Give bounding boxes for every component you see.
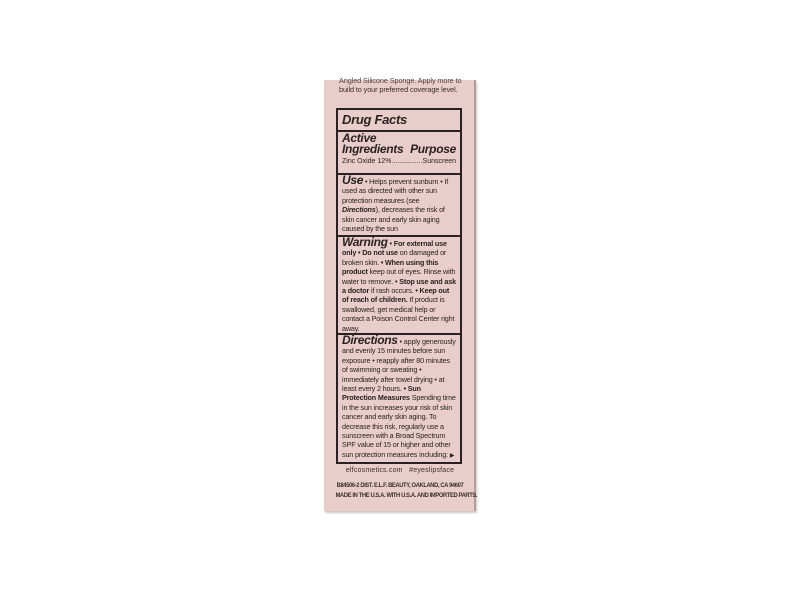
active-ingredients-section: Active Ingredients Purpose Zinc Oxide 12… xyxy=(338,132,460,175)
continue-arrow-icon: ▶ xyxy=(450,453,454,459)
drug-facts-title: Drug Facts xyxy=(338,110,460,132)
hashtag: #eyeslipsface xyxy=(409,467,454,474)
directions-reference: Directions xyxy=(342,205,376,214)
purpose-header: Purpose xyxy=(410,144,456,155)
leader-dots: ........................................… xyxy=(391,157,422,166)
ingredient-row: Zinc Oxide 12% .........................… xyxy=(342,157,456,166)
directions-section: Directions • apply generously and evenly… xyxy=(338,335,460,462)
website: elfcosmetics.com xyxy=(346,467,403,474)
warning-do-not-use: • Do not use xyxy=(358,248,398,257)
directions-header: Directions xyxy=(342,333,398,347)
ingredients-header: Ingredients xyxy=(342,144,403,155)
footer-web: elfcosmetics.com #eyeslipsface xyxy=(330,467,470,474)
intro-line-1: Angled Silicone Sponge. Apply more to xyxy=(339,76,464,85)
address-line-2: MADE IN THE U.S.A. WITH U.S.A. AND IMPOR… xyxy=(336,491,465,501)
footer-address: B84506-2 DIST. E.L.F. BEAUTY, OAKLAND, C… xyxy=(336,481,465,500)
warning-text-4: if rash occurs. xyxy=(369,286,415,295)
address-line-1: B84506-2 DIST. E.L.F. BEAUTY, OAKLAND, C… xyxy=(336,481,465,491)
use-header: Use xyxy=(342,173,363,187)
sun-protection-text: Spending time in the sun increases your … xyxy=(342,393,456,458)
ingredient-name: Zinc Oxide 12% xyxy=(342,157,391,166)
usage-instructions: Angled Silicone Sponge. Apply more to bu… xyxy=(339,80,464,94)
drug-facts-panel: Drug Facts Active Ingredients Purpose Zi… xyxy=(336,108,462,464)
intro-line-2: build to your preferred coverage level. xyxy=(339,85,464,94)
warning-header: Warning xyxy=(342,235,388,249)
ingredient-purpose: Sunscreen xyxy=(423,157,456,166)
use-section: Use • Helps prevent sunburn • If used as… xyxy=(338,175,460,237)
warning-section: Warning • For external use only • Do not… xyxy=(338,237,460,335)
